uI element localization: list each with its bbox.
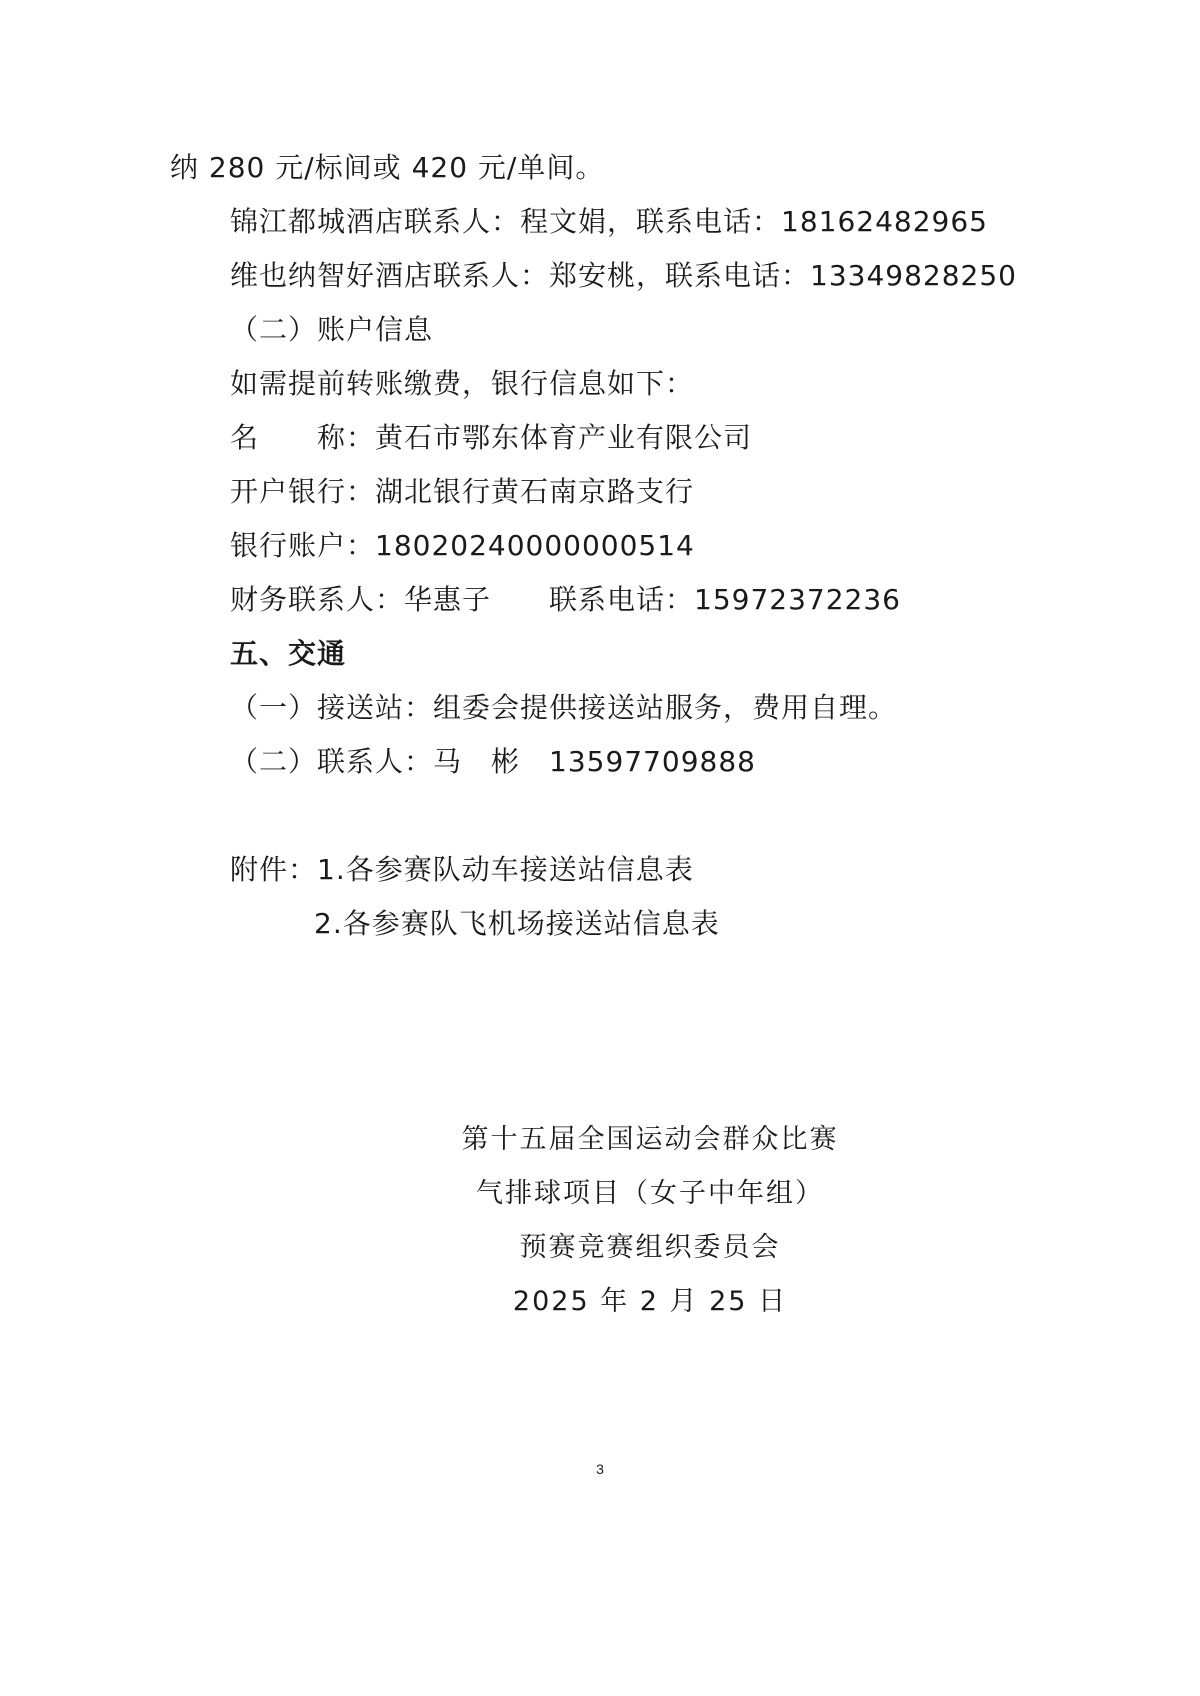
finance-contact: 财务联系人：华惠子 联系电话：15972372236 [230, 582, 901, 618]
account-info-heading: （二）账户信息 [230, 312, 433, 348]
transport-heading: 五、交通 [230, 636, 346, 672]
signature-org-line3: 预赛竞赛组织委员会 [400, 1230, 900, 1266]
bank-info-intro: 如需提前转账缴费，银行信息如下： [230, 366, 694, 402]
page-number: 3 [0, 1461, 1200, 1477]
bank-account-number: 银行账户：18020240000000514 [230, 528, 695, 564]
accommodation-price-line: 纳 280 元/标间或 420 元/单间。 [170, 150, 604, 186]
attachment-1: 附件：1.各参赛队动车接送站信息表 [230, 852, 694, 888]
signature-date: 2025 年 2 月 25 日 [400, 1284, 900, 1320]
pickup-service: （一）接送站：组委会提供接送站服务，费用自理。 [230, 690, 897, 726]
hotel-contact-jinjiang: 锦江都城酒店联系人：程文娟，联系电话：18162482965 [230, 204, 988, 240]
hotel-contact-vienna: 维也纳智好酒店联系人：郑安桃，联系电话：13349828250 [230, 258, 1017, 294]
signature-org-line2: 气排球项目（女子中年组） [400, 1176, 900, 1212]
signature-org-line1: 第十五届全国运动会群众比赛 [400, 1122, 900, 1158]
attachment-2: 2.各参赛队飞机场接送站信息表 [314, 906, 720, 942]
account-name: 名 称：黄石市鄂东体育产业有限公司 [230, 420, 752, 456]
bank-name: 开户银行：湖北银行黄石南京路支行 [230, 474, 694, 510]
transport-contact: （二）联系人：马 彬 13597709888 [230, 744, 756, 780]
